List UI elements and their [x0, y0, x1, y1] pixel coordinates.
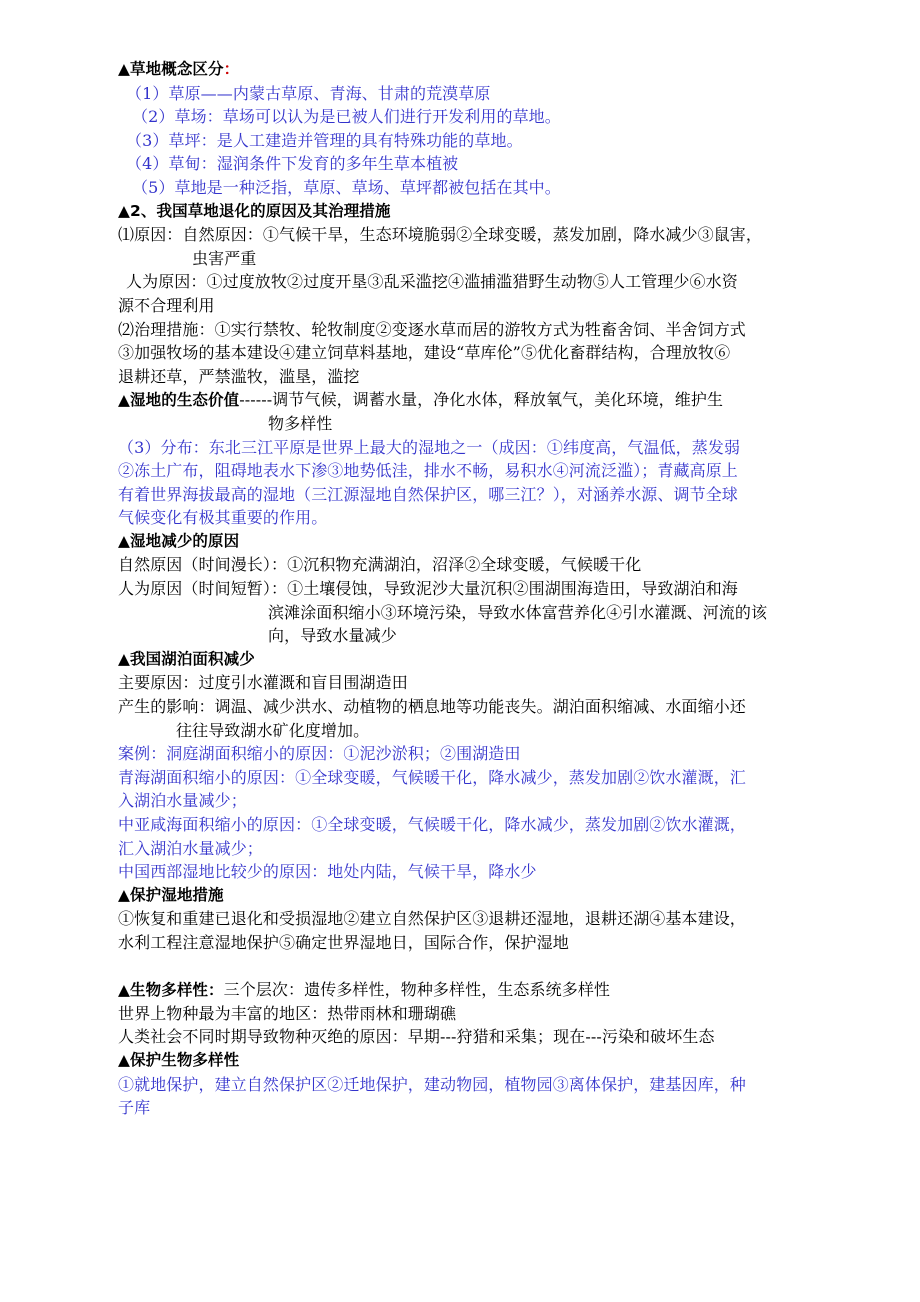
- wetland-protection-line-1: ①恢复和重建已退化和受损湿地②建立自然保护区③退耕还湿地，退耕还湖④基本建设，: [118, 907, 840, 931]
- case-aral-line-2: 汇入湖泊水量减少；: [118, 837, 840, 861]
- wetland-distribution-line-4: 气候变化有极其重要的作用。: [118, 506, 840, 530]
- grassland-item-5: （5）草地是一种泛指，草原、草场、草坪都被包括在其中。: [118, 176, 840, 200]
- case-qinghai-line-2: 入湖泊水量减少；: [118, 789, 840, 813]
- biodiversity-levels: 三个层次：遗传多样性，物种多样性，生态系统多样性: [224, 980, 610, 999]
- case-qinghai-line-1: 青海湖面积缩小的原因：①全球变暖，气候暖干化，降水减少，蒸发加剧②饮水灌溉，汇: [118, 766, 840, 790]
- wetland-value-line-1: ▲湿地的生态价值------调节气候，调蓄水量，净化水体，释放氧气，美化环境，维…: [118, 388, 840, 412]
- wetland-human-causes-line-3: 向，导致水量减少: [118, 624, 840, 648]
- section-heading-grassland-degradation: ▲2、我国草地退化的原因及其治理措施: [118, 200, 840, 224]
- wetland-human-causes-line-1: 人为原因（时间短暂）：①土壤侵蚀，导致泥沙大量沉积②围湖围海造田，导致湖泊和海: [118, 577, 840, 601]
- grassland-item-3: （3）草坪：是人工建造并管理的具有特殊功能的草地。: [118, 129, 840, 153]
- measures-line-1: ⑵治理措施：①实行禁牧、轮牧制度②变逐水草而居的游牧方式为牲畜舍饲、半舍饲方式: [118, 318, 840, 342]
- section-heading-biodiversity-protection: ▲保护生物多样性: [118, 1049, 840, 1073]
- section-heading-lake-decrease: ▲我国湖泊面积减少: [118, 648, 840, 672]
- heading-text: ▲草地概念区分: [118, 60, 224, 78]
- section-heading-biodiversity: ▲生物多样性：: [118, 981, 224, 999]
- section-heading-wetland-value: ▲湿地的生态价值: [118, 391, 239, 409]
- natural-causes-line-1: ⑴原因：自然原因：①气候干旱，生态环境脆弱②全球变暖，蒸发加剧，降水减少③鼠害，: [118, 223, 840, 247]
- lake-impact-line-2: 往往导致湖水矿化度增加。: [118, 719, 840, 743]
- human-causes-line-2: 源不合理利用: [118, 294, 840, 318]
- blank-line: [118, 955, 840, 979]
- section-heading-wetland-decrease: ▲湿地减少的原因: [118, 530, 840, 554]
- section-heading-grassland-concepts: ▲草地概念区分：: [118, 58, 840, 82]
- measures-line-3: 退耕还草，严禁滥牧，滥垦，滥挖: [118, 365, 840, 389]
- case-west-china: 中国西部湿地比较少的原因：地处内陆，气候干旱，降水少: [118, 860, 840, 884]
- lake-main-cause: 主要原因：过度引水灌溉和盲目围湖造田: [118, 671, 840, 695]
- biodiversity-extinction: 人类社会不同时期导致物种灭绝的原因：早期---狩猎和采集；现在---污染和破坏生…: [118, 1025, 840, 1049]
- grassland-item-1: （1）草原——内蒙古草原、青海、甘肃的荒漠草原: [118, 82, 840, 106]
- measures-line-2: ③加强牧场的基本建设④建立饲草料基地，建设“草库伦”⑤优化畜群结构，合理放牧⑥: [118, 341, 840, 365]
- wetland-distribution-line-3: 有着世界海拔最高的湿地（三江源湿地自然保护区，哪三江？），对涵养水源、调节全球: [118, 483, 840, 507]
- human-causes-line-1: 人为原因：①过度放牧②过度开垦③乱采滥挖④滥捕滥猎野生动物⑤人工管理少⑥水资: [118, 270, 840, 294]
- biodiversity-richest: 世界上物种最为丰富的地区：热带雨林和珊瑚礁: [118, 1002, 840, 1026]
- wetland-distribution-line-1: （3）分布：东北三江平原是世界上最大的湿地之一（成因：①纬度高，气温低，蒸发弱: [118, 436, 840, 460]
- section-heading-wetland-protection: ▲保护湿地措施: [118, 884, 840, 908]
- wetland-value-line-2: 物多样性: [118, 412, 840, 436]
- biodiversity-line: ▲生物多样性：三个层次：遗传多样性，物种多样性，生态系统多样性: [118, 978, 840, 1002]
- wetland-value-text: ------调节气候，调蓄水量，净化水体，释放氧气，美化环境，维护生: [239, 390, 723, 409]
- wetland-distribution-line-2: ②冻土广布，阻碍地表水下渗③地势低洼，排水不畅，易积水④河流泛滥）；青藏高原上: [118, 459, 840, 483]
- natural-causes-line-2: 虫害严重: [118, 247, 840, 271]
- grassland-item-2: （2）草场：草场可以认为是已被人们进行开发利用的草地。: [118, 105, 840, 129]
- biodiversity-protection-line-1: ①就地保护，建立自然保护区②迁地保护，建动物园，植物园③离体保护，建基因库，种: [118, 1073, 840, 1097]
- wetland-protection-line-2: 水利工程注意湿地保护⑤确定世界湿地日，国际合作，保护湿地: [118, 931, 840, 955]
- wetland-natural-causes: 自然原因（时间漫长）：①沉积物充满湖泊，沼泽②全球变暖，气候暖干化: [118, 553, 840, 577]
- biodiversity-protection-line-2: 子库: [118, 1096, 840, 1120]
- wetland-human-causes-line-2: 滨滩涂面积缩小③环境污染，导致水体富营养化④引水灌溉、河流的该: [118, 601, 840, 625]
- grassland-item-4: （4）草甸：湿润条件下发育的多年生草本植被: [118, 152, 840, 176]
- document-page: ▲草地概念区分： （1）草原——内蒙古草原、青海、甘肃的荒漠草原 （2）草场：草…: [118, 58, 840, 1120]
- case-dongting: 案例：洞庭湖面积缩小的原因：①泥沙淤积；②围湖造田: [118, 742, 840, 766]
- heading-colon: ：: [224, 60, 240, 78]
- case-aral-line-1: 中亚咸海面积缩小的原因：①全球变暖，气候暖干化，降水减少，蒸发加剧②饮水灌溉，: [118, 813, 840, 837]
- lake-impact-line-1: 产生的影响：调温、减少洪水、动植物的栖息地等功能丧失。湖泊面积缩减、水面缩小还: [118, 695, 840, 719]
